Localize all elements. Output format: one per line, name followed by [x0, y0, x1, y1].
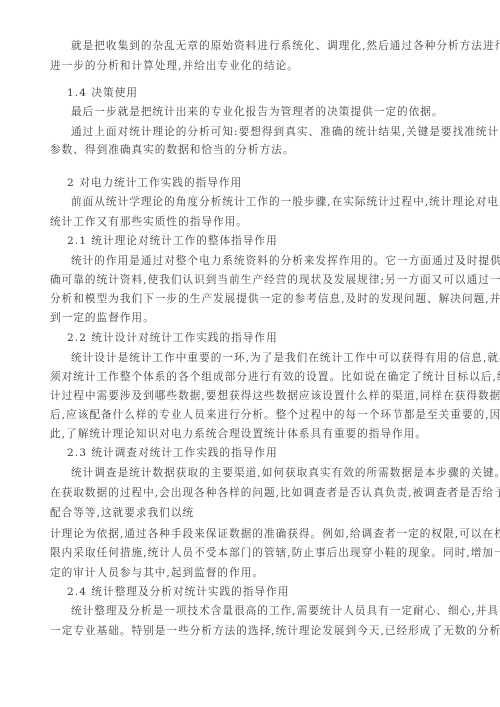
- paragraph-line: 此,了解统计理论知识对电力系统合理设置统计体系具有重要的指导作用。: [50, 427, 452, 441]
- paragraph-line: 就是把收集到的杂乱无章的原始资料进行系统化、调理化,然后通过各种分析方法进行: [71, 39, 452, 53]
- section-heading-2-1: 2.1 统计理论对统计工作的整体指导作用: [67, 234, 469, 248]
- paragraph-line: 限内采取任何措施,统计人员不受本部门的管辖,防止事后出现穿小鞋的现象。同时,增加…: [50, 546, 452, 560]
- paragraph-line: 最后一步就是把统计出来的专业化报告为管理者的决策提供一定的依据。: [71, 105, 452, 119]
- document-page: 就是把收集到的杂乱无章的原始资料进行系统化、调理化,然后通过各种分析方法进行进一…: [0, 0, 500, 707]
- paragraph-line: 统计整理及分析是一项技术含量很高的工作,需要统计人员具有一定耐心、细心,并具有: [71, 604, 452, 618]
- paragraph-line: 须对统计工作整个体系的各个组成部分进行有效的设置。比如说在确定了统计目标以后,统: [50, 370, 452, 384]
- paragraph-line: 定的审计人员参与其中,起到监督的作用。: [50, 566, 452, 580]
- paragraph-line: 统计的作用是通过对整个电力系统资料的分析来发挥作用的。它一方面通过及时提供准: [71, 254, 452, 268]
- paragraph-line: 统计设计是统计工作中重要的一环,为了是我们在统计工作中可以获得有用的信息,就必: [71, 351, 452, 365]
- paragraph-line: 统计调查是统计数据获取的主要渠道,如何获取真实有效的所需数据是本步骤的关键。: [71, 466, 452, 480]
- paragraph-line: 后,应该配备什么样的专业人员来进行分析。整个过程中的每一个环节都是至关重要的,因: [50, 408, 452, 422]
- paragraph-line: 参数、得到准确真实的数据和恰当的分析方法。: [50, 143, 452, 157]
- section-heading-2-3: 2.3 统计调查对统计工作实践的指导作用: [67, 446, 469, 460]
- section-heading-2: 2 对电力统计工作实践的指导作用: [67, 176, 469, 190]
- section-heading-2-4: 2.4 统计整理及分析对统计实践的指导作用: [67, 585, 469, 599]
- section-heading-1-4: 1.4 决策使用: [67, 86, 469, 100]
- paragraph-line: 前面从统计学理论的角度分析统计工作的一般步骤,在实际统计过程中,统计理论对电力: [71, 195, 452, 209]
- paragraph-line: 通过上面对统计理论的分析可知:要想得到真实、准确的统计结果,关键是要找准统计的: [71, 125, 452, 139]
- paragraph-line: 确可靠的统计资料,使我们认识到当前生产经营的现状及发展规律;另一方面又可以通过一…: [50, 273, 452, 287]
- paragraph-line: 进一步的分析和计算处理,并给出专业化的结论。: [50, 59, 452, 73]
- paragraph-line: 分析和模型为我们下一步的生产发展提供一定的参考信息,及时的发现问题、解决问题,并…: [50, 292, 452, 306]
- paragraph-line: 计理论为依据,通过各种手段来保证数据的准确获得。例如,给调查者一定的权限,可以在…: [50, 527, 452, 541]
- paragraph-line: 在获取数据的过程中,会出现各种各样的问题,比如调查者是否认真负责,被调查者是否给…: [50, 486, 452, 500]
- paragraph-line: 计过程中需要涉及到哪些数据,要想获得这些数据应该设置什么样的渠道,同样在获得数据: [50, 389, 452, 403]
- paragraph-line: 配合等等,这就要求我们以统: [50, 506, 452, 520]
- paragraph-line: 统计工作又有那些实质性的指导作用。: [50, 215, 452, 229]
- section-heading-2-2: 2.2 统计设计对统计工作实践的指导作用: [67, 331, 469, 345]
- paragraph-line: 一定专业基础。特别是一些分析方法的选择,统计理论发展到今天,已经形成了无数的分析…: [50, 624, 452, 638]
- paragraph-line: 到一定的监督作用。: [50, 311, 452, 325]
